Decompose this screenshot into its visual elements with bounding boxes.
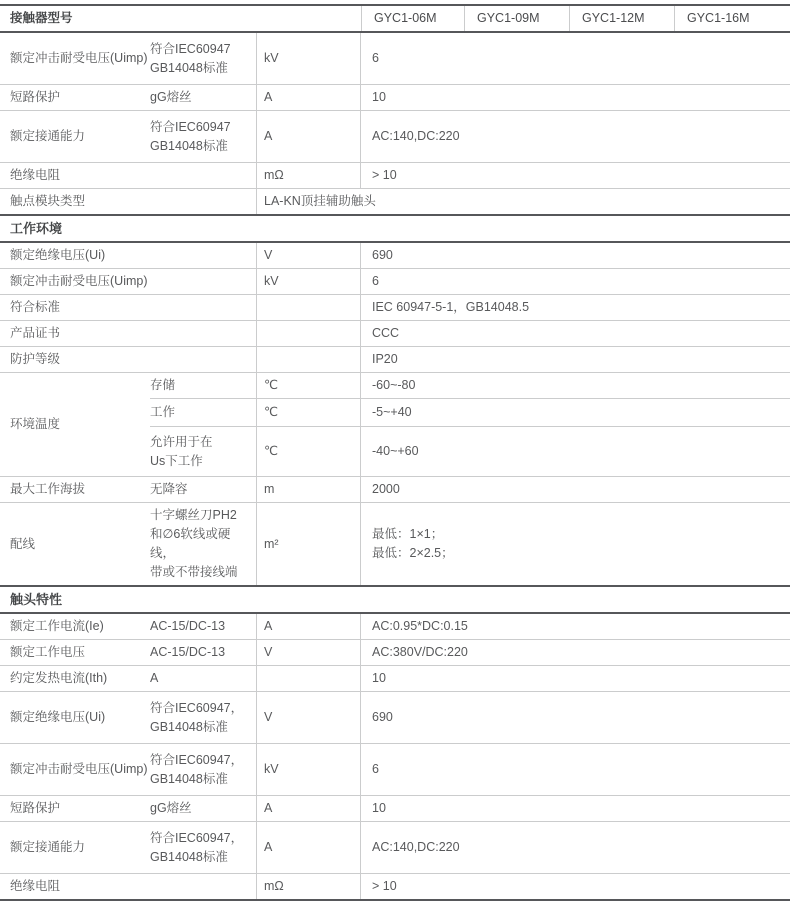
param-spec: AC-15/DC-13 <box>150 640 256 665</box>
table-row: 触点模块类型LA-KN顶挂辅助触头 <box>0 189 790 214</box>
param-unit: mΩ <box>256 874 360 899</box>
param-name: 额定接通能力 <box>0 835 150 860</box>
model-header-3: GYC1-12M <box>569 6 674 31</box>
param-value: IP20 <box>360 347 790 372</box>
table-row: 短路保护gG熔丝A10 <box>0 85 790 111</box>
param-spec: 无降容 <box>150 477 256 502</box>
table-row: 最大工作海拔无降容m2000 <box>0 477 790 503</box>
table-subrow: 工作℃-5~+40 <box>150 398 790 426</box>
table-row: 约定发热电流(Ith)A10 <box>0 666 790 692</box>
table-body: 额定冲击耐受电压(Uimp)符合IEC60947 GB14048标准kV6短路保… <box>0 33 790 901</box>
param-name: 额定冲击耐受电压(Uimp) <box>0 46 150 71</box>
param-spec: 符合IEC60947， GB14048标准 <box>150 748 256 792</box>
param-name: 额定冲击耐受电压(Uimp) <box>0 757 150 782</box>
param-value: AC:380V/DC:220 <box>360 640 790 665</box>
param-spec: 符合IEC60947 GB14048标准 <box>150 115 256 159</box>
section-title: 触头特性 <box>0 585 790 614</box>
param-unit <box>256 666 360 691</box>
param-spec: 十字螺丝刀PH2 和∅6软线或硬线， 带或不带接线端 <box>150 503 256 585</box>
param-name: 额定工作电流(Ie) <box>0 614 150 639</box>
param-unit: V <box>256 692 360 743</box>
param-value: LA-KN顶挂辅助触头 <box>256 189 790 214</box>
param-name: 额定冲击耐受电压(Uimp) <box>0 269 256 294</box>
table-row: 短路保护gG熔丝A10 <box>0 796 790 822</box>
param-spec: 工作 <box>150 400 256 425</box>
param-spec: 允许用于在 Us下工作 <box>150 430 256 474</box>
param-unit: kV <box>256 33 360 84</box>
param-spec: gG熔丝 <box>150 796 256 821</box>
table-row: 额定接通能力符合IEC60947， GB14048标准AAC:140,DC:22… <box>0 822 790 874</box>
table-row: 额定工作电压AC-15/DC-13VAC:380V/DC:220 <box>0 640 790 666</box>
param-unit: A <box>256 614 360 639</box>
param-value: -40~+60 <box>360 427 790 476</box>
param-value: IEC 60947-5-1，GB14048.5 <box>360 295 790 320</box>
param-name: 符合标准 <box>0 295 256 320</box>
param-name: 额定接通能力 <box>0 124 150 149</box>
param-unit: mΩ <box>256 163 360 188</box>
model-header-4: GYC1-16M <box>674 6 790 31</box>
param-value: -60~-80 <box>360 373 790 398</box>
table-row: 额定冲击耐受电压(Uimp)符合IEC60947 GB14048标准kV6 <box>0 33 790 85</box>
param-value: 6 <box>360 269 790 294</box>
param-unit: A <box>256 111 360 162</box>
model-header-1: GYC1-06M <box>361 6 464 31</box>
param-spec: 符合IEC60947， GB14048标准 <box>150 826 256 870</box>
param-unit <box>256 321 360 346</box>
param-unit: A <box>256 85 360 110</box>
param-value: AC:0.95*DC:0.15 <box>360 614 790 639</box>
param-spec: 符合IEC60947， GB14048标准 <box>150 696 256 740</box>
param-value: > 10 <box>360 163 790 188</box>
param-unit: ℃ <box>256 427 360 476</box>
param-unit: V <box>256 640 360 665</box>
table-row: 符合标准IEC 60947-5-1，GB14048.5 <box>0 295 790 321</box>
param-value: 10 <box>360 85 790 110</box>
param-value: -5~+40 <box>360 399 790 426</box>
param-unit <box>256 295 360 320</box>
param-name: 额定工作电压 <box>0 640 150 665</box>
param-unit: m <box>256 477 360 502</box>
param-name: 防护等级 <box>0 347 256 372</box>
param-name: 绝缘电阻 <box>0 163 256 188</box>
param-unit: kV <box>256 269 360 294</box>
param-value: 690 <box>360 692 790 743</box>
table-subrow: 存储℃-60~-80 <box>150 373 790 398</box>
param-spec: gG熔丝 <box>150 85 256 110</box>
param-name: 约定发热电流(Ith) <box>0 666 150 691</box>
param-value: 6 <box>360 744 790 795</box>
param-value: CCC <box>360 321 790 346</box>
param-name: 额定绝缘电压(Ui) <box>0 243 256 268</box>
param-name: 配线 <box>0 532 150 557</box>
param-value: 690 <box>360 243 790 268</box>
table-row: 配线十字螺丝刀PH2 和∅6软线或硬线， 带或不带接线端m²最低：1×1； 最低… <box>0 503 790 585</box>
param-name: 产品证书 <box>0 321 256 346</box>
param-unit: V <box>256 243 360 268</box>
param-unit: m² <box>256 503 360 585</box>
param-value: 10 <box>360 666 790 691</box>
param-unit: A <box>256 822 360 873</box>
param-value: AC:140,DC:220 <box>360 822 790 873</box>
param-value: AC:140,DC:220 <box>360 111 790 162</box>
param-value: 2000 <box>360 477 790 502</box>
table-row: 绝缘电阻mΩ> 10 <box>0 163 790 189</box>
table-row: 环境温度存储℃-60~-80工作℃-5~+40允许用于在 Us下工作℃-40~+… <box>0 373 790 477</box>
param-spec: AC-15/DC-13 <box>150 614 256 639</box>
param-value: 最低：1×1； 最低：2×2.5； <box>360 503 790 585</box>
table-subrow: 允许用于在 Us下工作℃-40~+60 <box>150 426 790 476</box>
param-name: 环境温度 <box>0 373 150 476</box>
param-unit: ℃ <box>256 373 360 398</box>
model-header-2: GYC1-09M <box>464 6 569 31</box>
table-header-row: 接触器型号 GYC1-06M GYC1-09M GYC1-12M GYC1-16… <box>0 4 790 33</box>
param-spec: A <box>150 666 256 691</box>
spec-table: 接触器型号 GYC1-06M GYC1-09M GYC1-12M GYC1-16… <box>0 4 790 901</box>
table-row: 产品证书CCC <box>0 321 790 347</box>
param-value: 10 <box>360 796 790 821</box>
table-row: 额定绝缘电压(Ui)符合IEC60947， GB14048标准V690 <box>0 692 790 744</box>
param-value: > 10 <box>360 874 790 899</box>
param-name: 额定绝缘电压(Ui) <box>0 705 150 730</box>
table-row: 额定工作电流(Ie)AC-15/DC-13AAC:0.95*DC:0.15 <box>0 614 790 640</box>
param-name: 短路保护 <box>0 796 150 821</box>
table-row: 额定冲击耐受电压(Uimp)符合IEC60947， GB14048标准kV6 <box>0 744 790 796</box>
table-row: 防护等级IP20 <box>0 347 790 373</box>
param-name: 短路保护 <box>0 85 150 110</box>
param-unit: A <box>256 796 360 821</box>
temperature-subrows: 存储℃-60~-80工作℃-5~+40允许用于在 Us下工作℃-40~+60 <box>150 373 790 476</box>
param-name: 触点模块类型 <box>0 189 256 214</box>
section-title: 工作环境 <box>0 214 790 243</box>
param-spec: 符合IEC60947 GB14048标准 <box>150 37 256 81</box>
param-spec: 存储 <box>150 373 256 398</box>
contactor-model-label: 接触器型号 <box>0 6 361 31</box>
table-row: 额定接通能力符合IEC60947 GB14048标准AAC:140,DC:220 <box>0 111 790 163</box>
param-name: 最大工作海拔 <box>0 477 150 502</box>
param-unit <box>256 347 360 372</box>
table-row: 额定绝缘电压(Ui)V690 <box>0 243 790 269</box>
param-unit: ℃ <box>256 399 360 426</box>
param-value: 6 <box>360 33 790 84</box>
param-unit: kV <box>256 744 360 795</box>
table-row: 额定冲击耐受电压(Uimp)kV6 <box>0 269 790 295</box>
param-name: 绝缘电阻 <box>0 874 256 899</box>
